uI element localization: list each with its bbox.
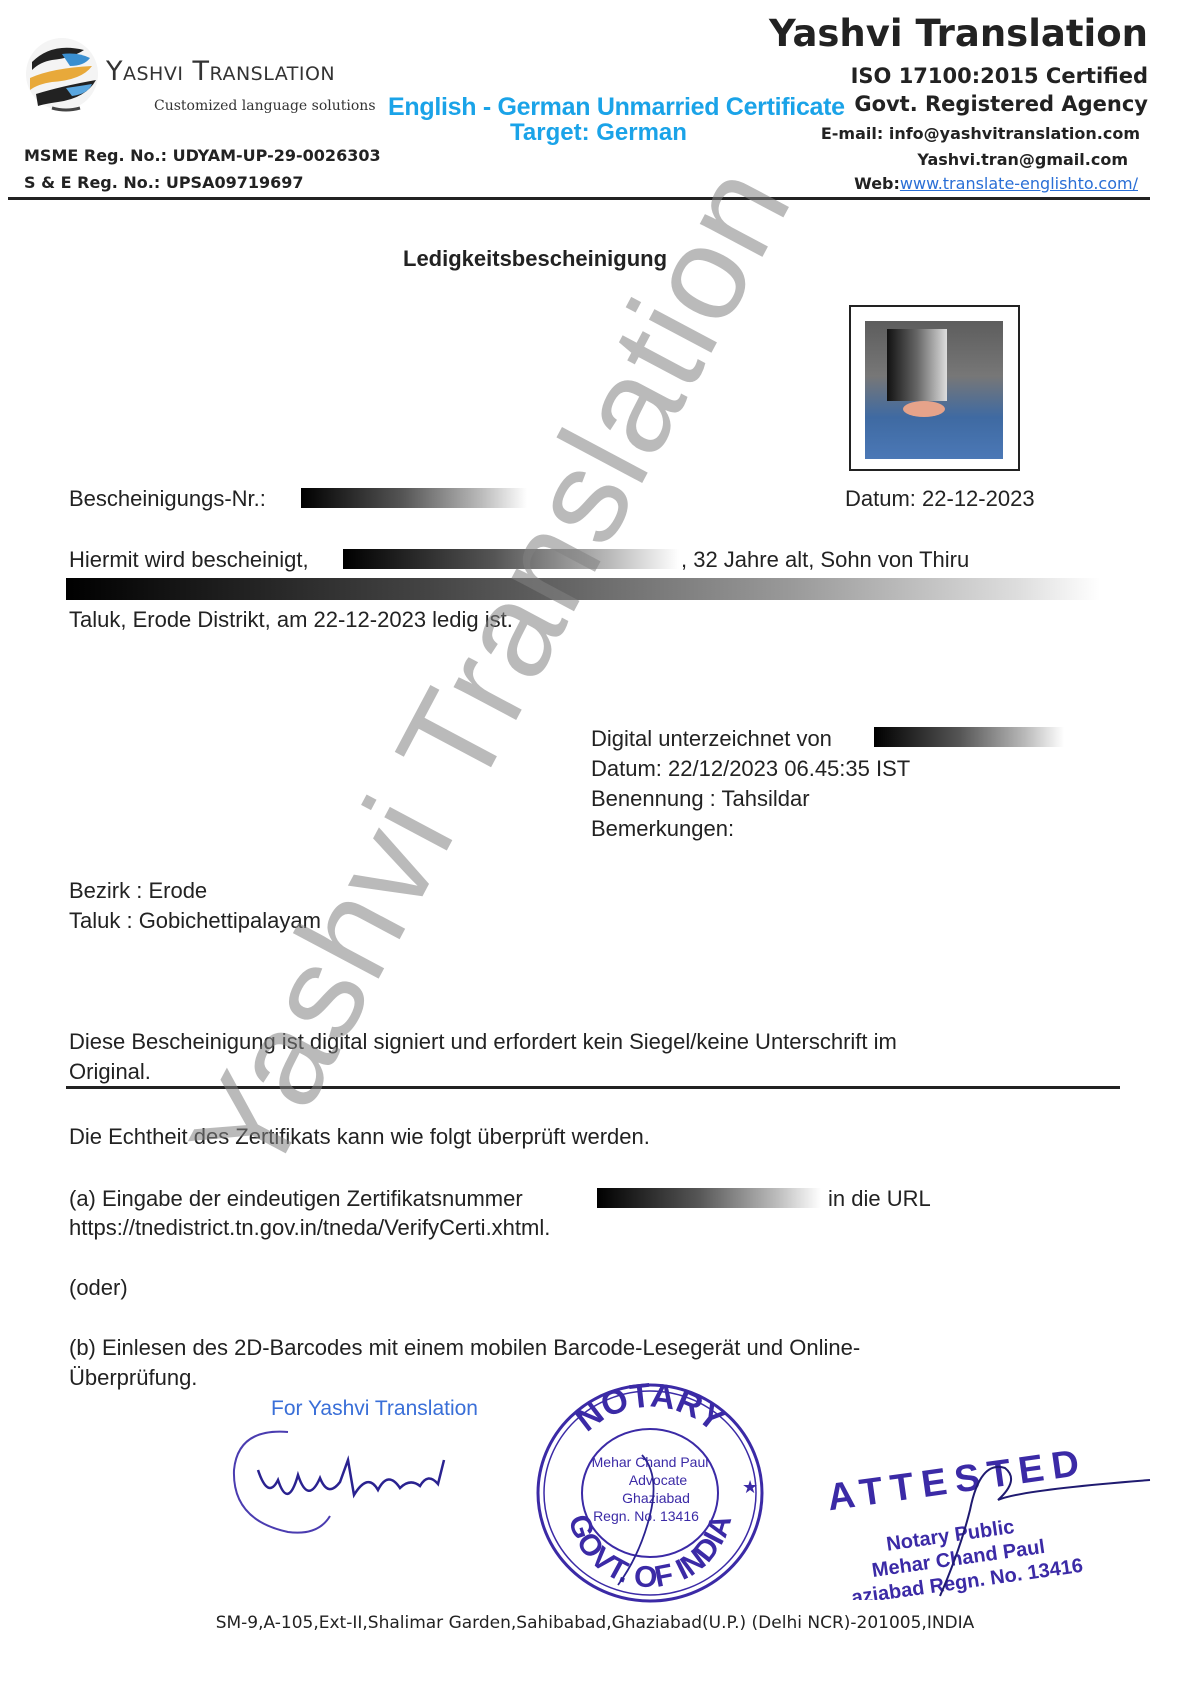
attested-stamp: ATTESTED Notary Public Mehar Chand Paul … [820, 1410, 1160, 1600]
body-divider [66, 1086, 1120, 1089]
address-redaction [66, 578, 1100, 600]
applicant-photo [865, 321, 1003, 459]
seal-notary-regn: Regn. No. 13416 [593, 1508, 699, 1524]
certificate-title: Ledigkeitsbescheinigung [403, 246, 667, 272]
statement-suffix: , 32 Jahre alt, Sohn von Thiru [681, 547, 969, 573]
signature-remarks: Bemerkungen: [591, 816, 734, 842]
verification-option-a-suffix: in die URL [828, 1186, 931, 1212]
brand-title: Yashvi Translation [769, 12, 1148, 55]
iso-certification: ISO 17100:2015 Certified [851, 64, 1148, 88]
verification-intro: Die Echtheit des Zertifikats kann wie fo… [69, 1124, 650, 1150]
for-company-label: For Yashvi Translation [271, 1397, 478, 1421]
verification-option-a: (a) Eingabe der eindeutigen Zertifikatsn… [69, 1186, 523, 1212]
website-line: Web:www.translate-englishto.com/ [854, 174, 1138, 193]
document-type-label: English - German Unmarried Certificate [388, 93, 845, 122]
statement-prefix: Hiermit wird bescheinigt, [69, 547, 309, 573]
certificate-id-redaction [597, 1188, 821, 1208]
signed-by-label: Digital unterzeichnet von [591, 726, 832, 752]
msme-registration: MSME Reg. No.: UDYAM-UP-29-0026303 [24, 146, 381, 165]
name-redaction [343, 549, 679, 569]
target-language-label: Target: German [510, 119, 687, 147]
certificate-number-label: Bescheinigungs-Nr.: [69, 486, 266, 512]
district-field: Bezirk : Erode [69, 878, 207, 904]
digital-signature-note: Diese Bescheinigung ist digital signiert… [69, 1029, 897, 1055]
website-link[interactable]: www.translate-englishto.com/ [900, 174, 1138, 193]
certificate-date: Datum: 22-12-2023 [845, 486, 1035, 512]
logo-tagline: Customized language solutions [154, 98, 376, 114]
certificate-number-redaction [301, 488, 527, 508]
translator-signature [228, 1420, 508, 1550]
logo-wordmark: Yashvi Translation [106, 56, 335, 87]
statement-conclusion: Taluk, Erode Distrikt, am 22-12-2023 led… [69, 607, 513, 633]
email-secondary: Yashvi.tran@gmail.com [917, 150, 1128, 169]
agency-status: Govt. Registered Agency [854, 92, 1148, 116]
web-label: Web: [854, 174, 900, 193]
seal-notary-role: Advocate [629, 1472, 688, 1488]
email-primary: E-mail: info@yashvitranslation.com [821, 124, 1140, 143]
signer-designation: Benennung : Tahsildar [591, 786, 810, 812]
globe-logo-icon [22, 32, 102, 118]
notary-seal: NOTARY GOVT. OF INDIA ★ Mehar Chand Paul… [530, 1375, 770, 1605]
applicant-photo-frame [849, 305, 1020, 471]
seal-notary-city: Ghaziabad [622, 1490, 690, 1506]
signer-redaction [874, 727, 1064, 747]
verification-or: (oder) [69, 1275, 128, 1301]
signature-date: Datum: 22/12/2023 06.45:35 IST [591, 756, 910, 782]
header-divider [8, 197, 1150, 200]
se-registration: S & E Reg. No.: UPSA09719697 [24, 173, 304, 192]
photo-detail [903, 401, 945, 417]
verification-option-b: (b) Einlesen des 2D-Barcodes mit einem m… [69, 1335, 860, 1361]
svg-text:★: ★ [742, 1477, 758, 1497]
attested-label: ATTESTED [825, 1441, 1090, 1519]
verification-option-b-cont: Überprüfung. [69, 1365, 197, 1391]
digital-signature-note-cont: Original. [69, 1059, 151, 1085]
face-redaction [887, 329, 947, 401]
taluk-field: Taluk : Gobichettipalayam [69, 908, 321, 934]
footer-address: SM-9,A-105,Ext-II,Shalimar Garden,Sahiba… [0, 1613, 1190, 1633]
verification-url[interactable]: https://tnedistrict.tn.gov.in/tneda/Veri… [69, 1215, 550, 1241]
